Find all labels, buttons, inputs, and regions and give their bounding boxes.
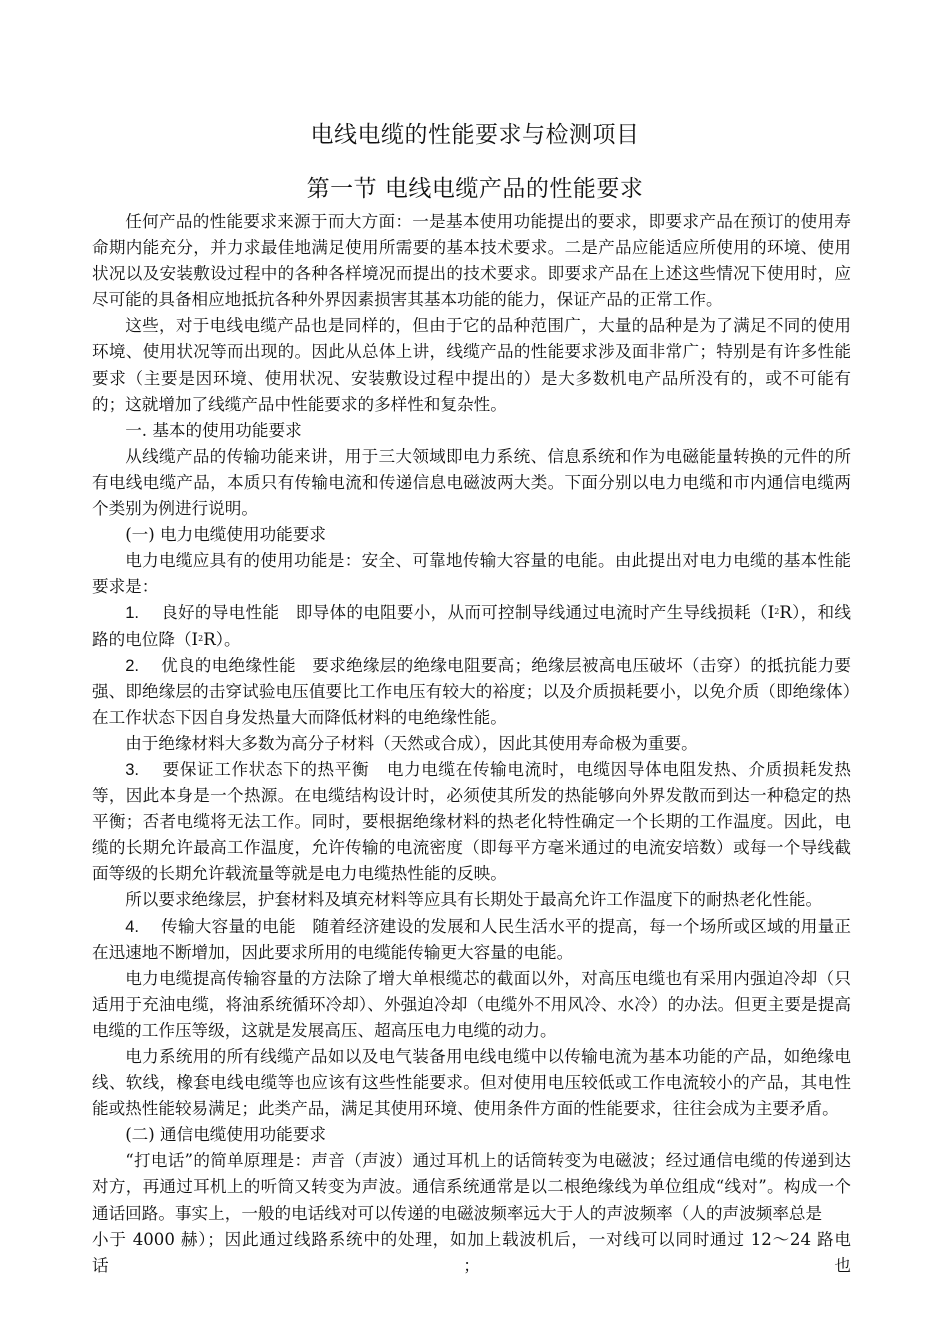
document-body: 任何产品的性能要求来源于而大方面：一是基本使用功能提出的要求，即要求产品在预订的… [92, 209, 851, 1279]
paragraph: 由于绝缘材料大多数为高分子材料（天然或合成），因此其使用寿命极为重要。 [92, 731, 851, 757]
paragraph: 电力系统用的所有线缆产品如以及电气装备用电线电缆中以传输电流为基本功能的产品，如… [92, 1044, 851, 1122]
paragraph: 从线缆产品的传输功能来讲，用于三大领域即电力系统、信息系统和作为电磁能量转换的元… [92, 444, 851, 522]
paragraph: “打电话”的简单原理是：声音（声波）通过耳机上的话筒转变为电磁波；经过通信电缆的… [92, 1148, 851, 1226]
subheading-telecom-cable: (二) 通信电缆使用功能要求 [92, 1122, 851, 1148]
list-heading: 优良的电绝缘性能 [161, 656, 296, 675]
paragraph: 任何产品的性能要求来源于而大方面：一是基本使用功能提出的要求，即要求产品在预订的… [92, 209, 851, 313]
list-text: 即导体的电阻要小，从而可控制导线通过电流时产生导线损耗（I [296, 603, 775, 622]
list-heading: 良好的导电性能 [161, 603, 279, 622]
list-number: 4. [125, 917, 139, 936]
section-title: 第一节 电线电缆产品的性能要求 [0, 170, 950, 203]
list-item-2: 2. 优良的电绝缘性能 要求绝缘层的绝缘电阻要高；绝缘层被高电压破坏（击穿）的抵… [92, 653, 851, 731]
paragraph-continued: 小于 4000 赫）；因此通过线路系统中的处理，如加上载波机后，一对线可以同时通… [92, 1227, 851, 1279]
paragraph: 所以要求绝缘层，护套材料及填充材料等应具有长期处于最高允许工作温度下的耐热老化性… [92, 887, 851, 913]
list-item-1: 1. 良好的导电性能 即导体的电阻要小，从而可控制导线通过电流时产生导线损耗（I… [92, 600, 851, 652]
list-number: 3. [125, 760, 139, 779]
list-heading: 传输大容量的电能 [161, 917, 296, 936]
list-item-3: 3. 要保证工作状态下的热平衡 电力电缆在传输电流时，电缆因导体电阻发热、介质损… [92, 757, 851, 887]
subheading-power-cable: (一) 电力电缆使用功能要求 [92, 522, 851, 548]
list-heading: 要保证工作状态下的热平衡 [163, 760, 370, 779]
document-title: 电线电缆的性能要求与检测项目 [0, 116, 950, 149]
paragraph: 电力电缆提高传输容量的方法除了增大单根缆芯的截面以外，对高压电缆也有采用内强迫冷… [92, 966, 851, 1044]
list-item-4: 4. 传输大容量的电能 随着经济建设的发展和人民生活水平的提高，每一个场所或区域… [92, 914, 851, 966]
paragraph: 电力电缆应具有的使用功能是：安全、可靠地传输大容量的电能。由此提出对电力电缆的基… [92, 548, 851, 600]
list-number: 1. [125, 603, 139, 622]
list-text: R）。 [203, 630, 240, 649]
subheading-basic-function: 一. 基本的使用功能要求 [92, 418, 851, 444]
paragraph: 这些，对于电线电缆产品也是同样的，但由于它的品种范围广，大量的品种是为了满足不同… [92, 313, 851, 417]
list-number: 2. [125, 656, 139, 675]
